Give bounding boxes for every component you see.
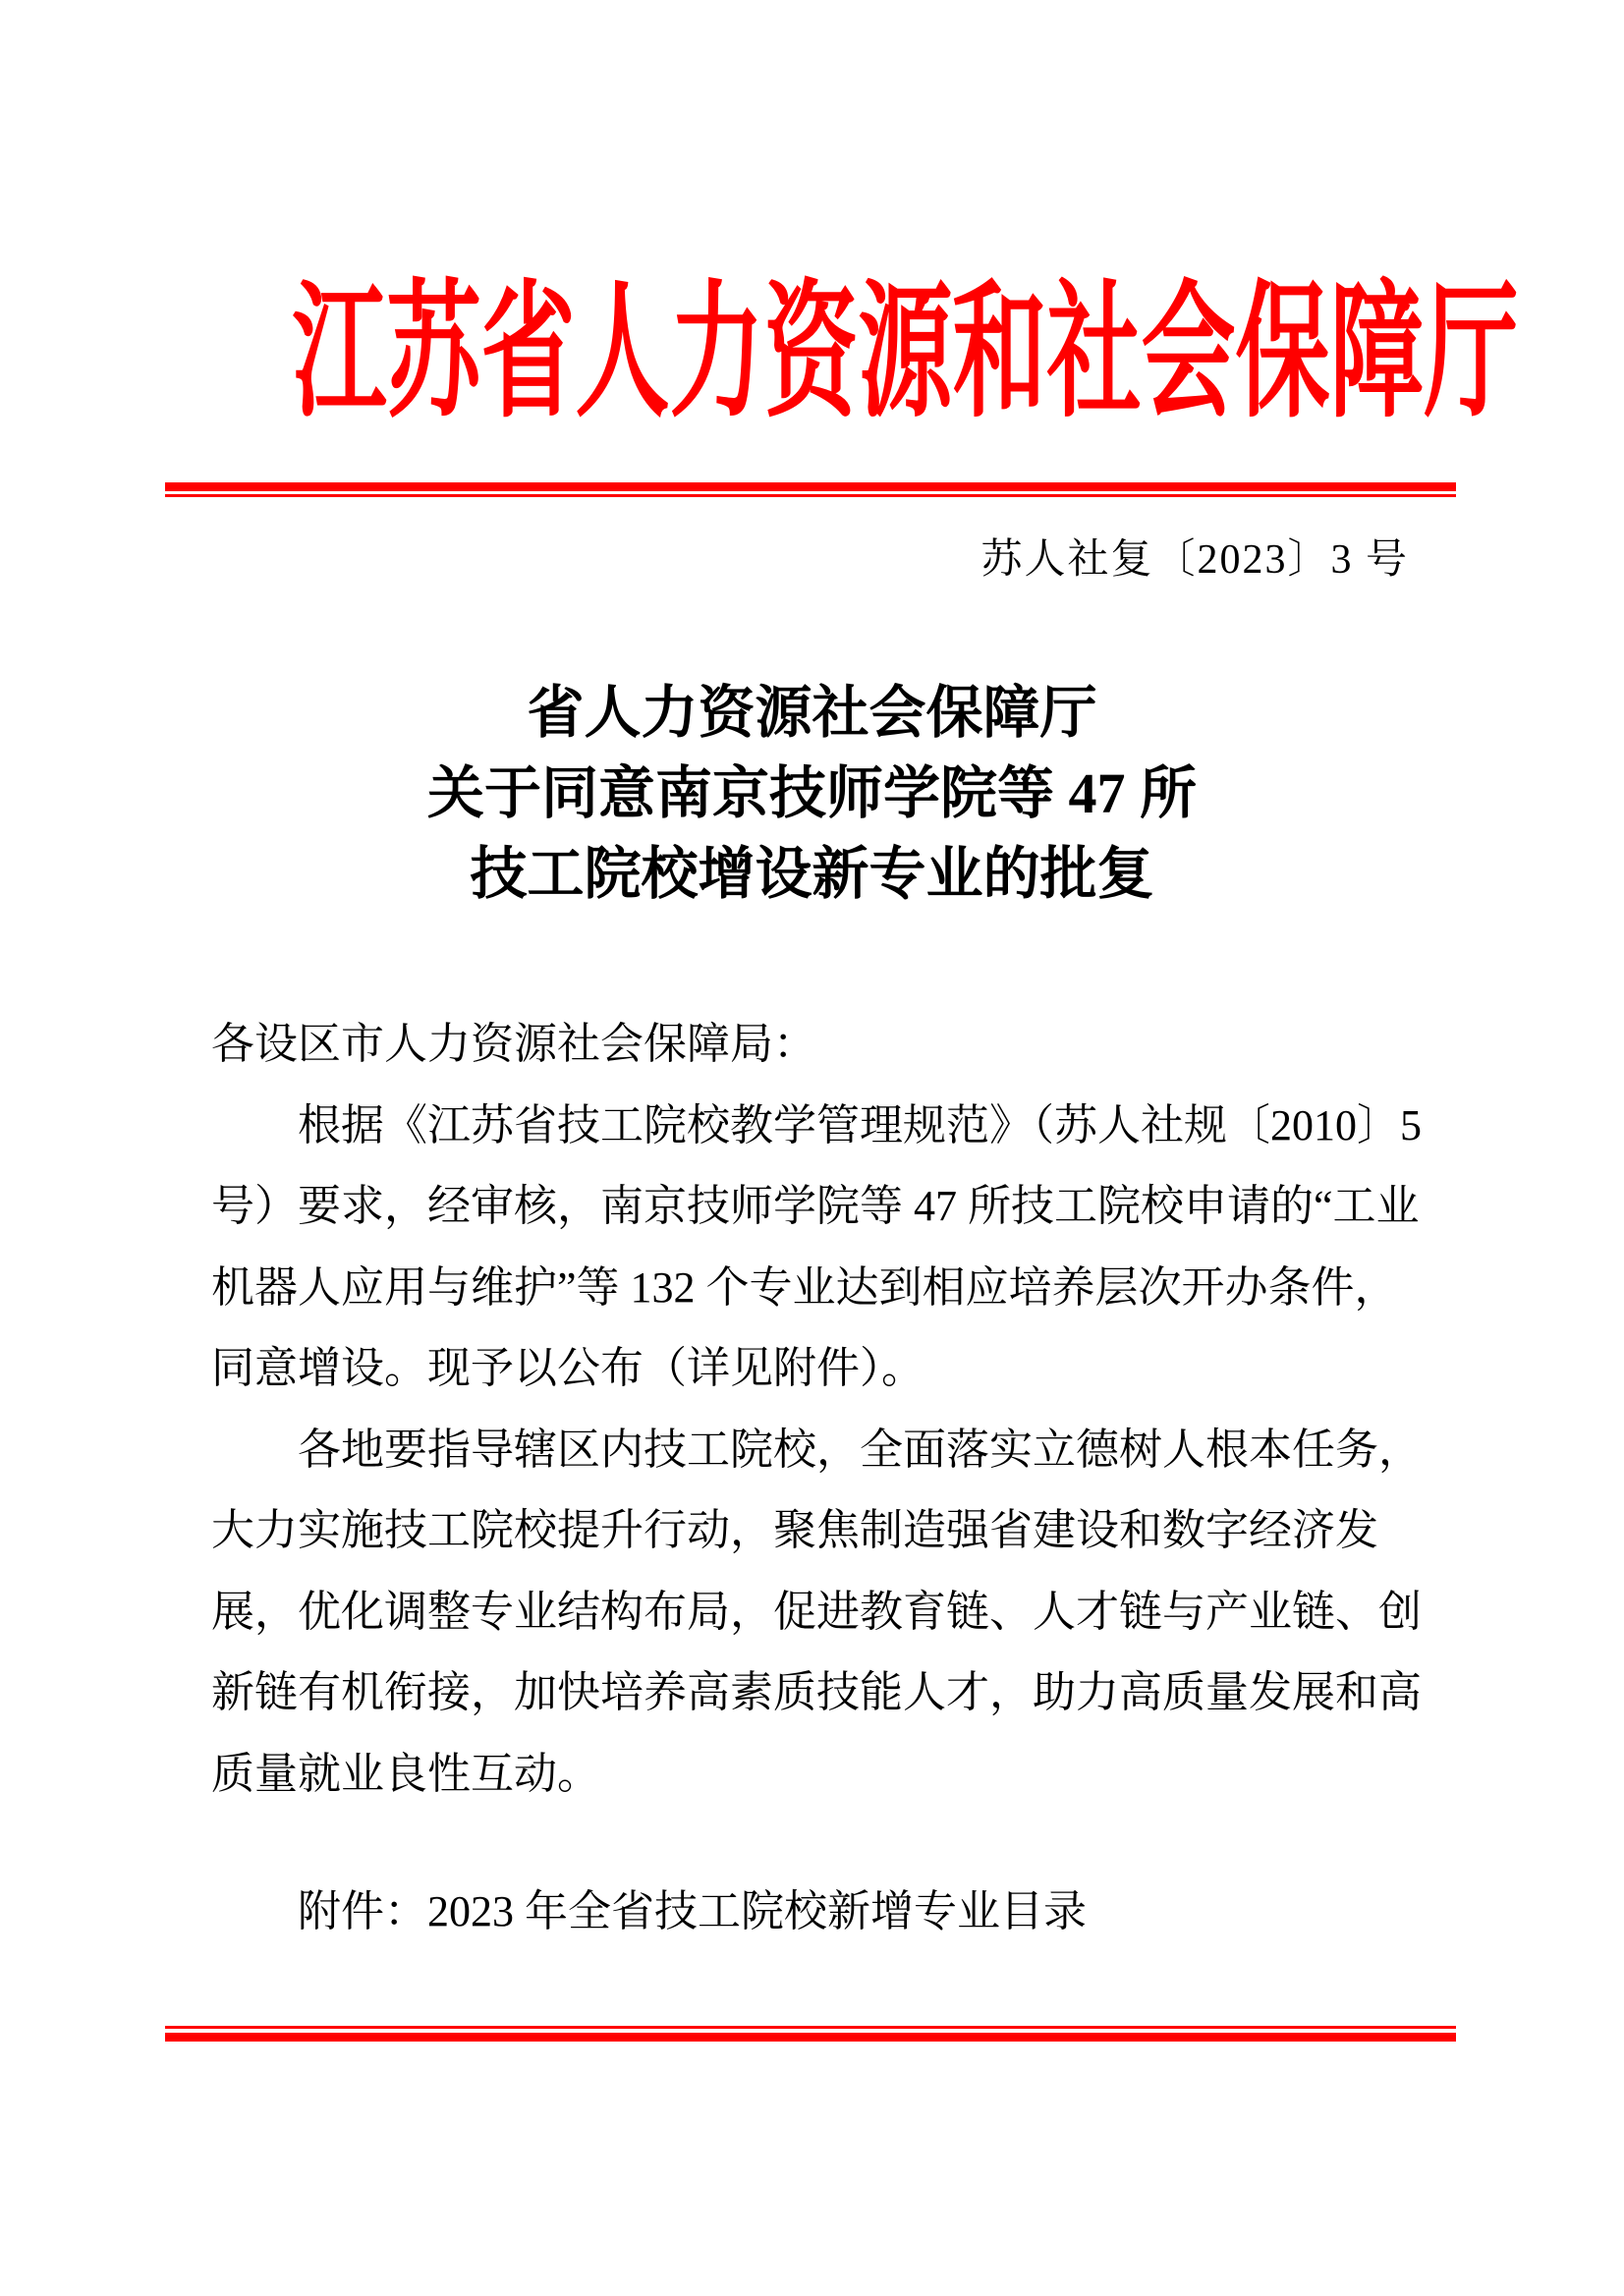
document-title-line: 关于同意南京技师学院等 47 所 [0,754,1624,834]
bottom-separator-thin-line [165,2026,1456,2029]
body-text-line: 各设区市人力资源社会保障局： [211,1004,1422,1086]
document-title-line: 省人力资源社会保障厅 [0,673,1624,754]
official-document-page: 江苏省人力资源和社会保障厅 苏人社复〔2023〕3 号 省人力资源社会保障厅关于… [0,0,1624,2296]
body-text-line: 同意增设。现予以公布（详见附件）。 [211,1328,1422,1410]
document-title-line: 技工院校增设新专业的批复 [0,834,1624,915]
body-text-line: 质量就业良性互动。 [211,1734,1422,1816]
body-text-line: 根据《江苏省技工院校教学管理规范》（苏人社规〔2010〕5 [211,1086,1422,1167]
bottom-separator-thick-line [165,2033,1456,2042]
body-text-line: 各地要指导辖区内技工院校，全面落实立德树人根本任务， [211,1410,1422,1491]
body-text-line: 号）要求，经审核，南京技师学院等 47 所技工院校申请的“工业 [211,1166,1422,1248]
body-text-line: 展，优化调整专业结构布局，促进教育链、人才链与产业链、创 [211,1572,1422,1653]
top-separator-thick-line [165,482,1456,491]
attachment-reference-line: 附件：2023 年全省技工院校新增专业目录 [298,1872,1087,1953]
document-title: 省人力资源社会保障厅关于同意南京技师学院等 47 所技工院校增设新专业的批复 [0,673,1624,915]
document-reference-number: 苏人社复〔2023〕3 号 [980,537,1409,583]
document-body: 各设区市人力资源社会保障局：根据《江苏省技工院校教学管理规范》（苏人社规〔201… [211,1004,1422,1815]
agency-header-title: 江苏省人力资源和社会保障厅 [293,267,1332,440]
body-text-line: 机器人应用与维护”等 132 个专业达到相应培养层次开办条件， [211,1248,1422,1329]
body-text-line: 大力实施技工院校提升行动，聚焦制造强省建设和数字经济发 [211,1490,1422,1572]
body-text-line: 新链有机衔接，加快培养高素质技能人才，助力高质量发展和高 [211,1652,1422,1734]
top-separator-thin-line [165,494,1456,497]
